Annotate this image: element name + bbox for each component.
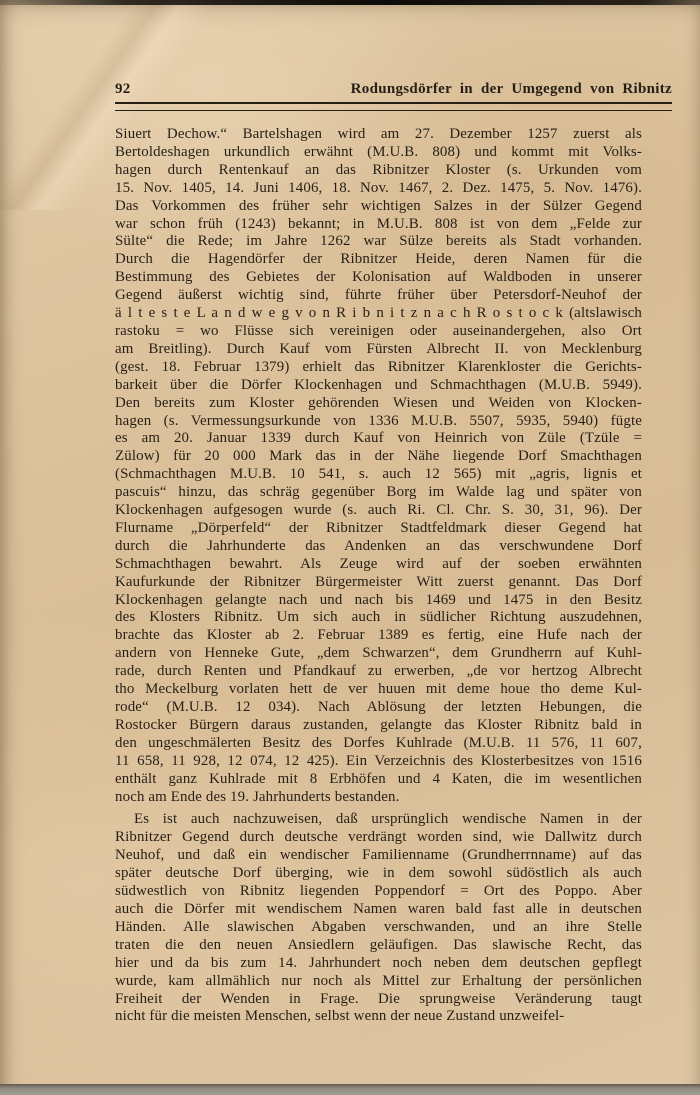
text-line: barkeit über die Dörfer Klockenhagen und… bbox=[115, 377, 642, 395]
text-line: rastoku = wo Flüsse sich vereinigen oder… bbox=[115, 323, 642, 341]
text-line: war schon früh (1243) bekannt; in M.U.B.… bbox=[115, 216, 642, 234]
text-line: südwestlich von Ribnitz liegenden Poppen… bbox=[115, 883, 642, 901]
text-line: Das Vorkommen des früher sehr wichtigen … bbox=[115, 198, 642, 216]
text-line: am Breitling). Durch Kauf vom Fürsten Al… bbox=[115, 341, 642, 359]
text-line: ä l t e s t e L a n d w e g v o n R i b … bbox=[115, 305, 642, 323]
text-line: es am 20. Januar 1339 durch Kauf von Hei… bbox=[115, 430, 642, 448]
text-line: Schmachthagen bewahrt. Als Zeuge wird au… bbox=[115, 556, 642, 574]
text-line: hagen (s. Vermessungsurkunde von 1336 M.… bbox=[115, 413, 642, 431]
text-line: brachte das Kloster ab 2. Februar 1389 e… bbox=[115, 627, 642, 645]
page-body: Siuert Dechow.“ Bartelshagen wird am 27.… bbox=[115, 126, 642, 1026]
text-line: rade, durch Renten und Pfandkauf zu erwe… bbox=[115, 663, 642, 681]
page-number: 92 bbox=[115, 81, 130, 98]
text-line: Zülow) für 20 000 Mark das in der Nähe l… bbox=[115, 448, 642, 466]
text-line: Klockenhagen gelangte nach und nach bis … bbox=[115, 592, 642, 610]
text-line: Gegend äußerst wichtig sind, führte früh… bbox=[115, 287, 642, 305]
text-line: Es ist auch nachzuweisen, daß ursprüngli… bbox=[115, 811, 642, 829]
text-line: den ungeschmälerten Besitz des Dorfes Ku… bbox=[115, 735, 642, 753]
header-rule bbox=[115, 102, 672, 111]
text-line: traten die den neuen Ansiedlern geläufig… bbox=[115, 937, 642, 955]
scan-bottom-edge bbox=[0, 1084, 700, 1095]
text-line: Freiheit der Wenden in Frage. Die sprung… bbox=[115, 991, 642, 1009]
text-line: pascuis“ hinzu, das schräg gegenüber Bor… bbox=[115, 484, 642, 502]
scanned-page: 92 Rodungsdörfer in der Umgegend von Rib… bbox=[0, 0, 700, 1095]
text-line: andern von Henneke Gute, „dem Schwarzen“… bbox=[115, 645, 642, 663]
text-line: Neuhof, und daß ein wendischer Familienn… bbox=[115, 847, 642, 865]
text-line: Flurname „Dörperfeld“ der Ribnitzer Stad… bbox=[115, 520, 642, 538]
text-line: Bertoldeshagen urkundlich erwähnt (M.U.B… bbox=[115, 144, 642, 162]
text-line: Klockenhagen aufgesogen wurde (s. auch R… bbox=[115, 502, 642, 520]
text-line: nicht für die meisten Menschen, selbst w… bbox=[115, 1008, 642, 1026]
text-line: Den bereits zum Kloster gehörenden Wiese… bbox=[115, 395, 642, 413]
text-line: auch die Dörfer mit wendischem Namen war… bbox=[115, 901, 642, 919]
text-line: hagen durch Rentenkauf an das Ribnitzer … bbox=[115, 162, 642, 180]
text-line: durch die Jahrhunderte das Andenken an d… bbox=[115, 538, 642, 556]
text-line: noch am Ende des 19. Jahrhunderts bestan… bbox=[115, 789, 642, 807]
text-line: hier und da bis zum 14. Jahrhundert noch… bbox=[115, 955, 642, 973]
text-line: 11 658, 11 928, 12 074, 12 425). Ein Ver… bbox=[115, 753, 642, 771]
text-line: Siuert Dechow.“ Bartelshagen wird am 27.… bbox=[115, 126, 642, 144]
text-line: Bestimmung des Gebietes der Kolonisation… bbox=[115, 269, 642, 287]
text-line: 15. Nov. 1405, 14. Juni 1406, 18. Nov. 1… bbox=[115, 180, 642, 198]
text-line: später deutsche Dorf überging, wie in de… bbox=[115, 865, 642, 883]
text-line: Durch die Hagendörfer der Ribnitzer Heid… bbox=[115, 251, 642, 269]
text-line: tho Meckelburg vorlaten hett de ver huue… bbox=[115, 681, 642, 699]
text-line: enthält ganz Kuhlrade mit 8 Erbhöfen und… bbox=[115, 771, 642, 789]
text-line: Sülte“ die Rede; im Jahre 1262 war Sülze… bbox=[115, 233, 642, 251]
text-line: des Klosters Ribnitz. Um sich auch in sü… bbox=[115, 609, 642, 627]
text-line: Händen. Alle slawischen Abgaben verschwa… bbox=[115, 919, 642, 937]
text-line: Kaufurkunde der Ribnitzer Bürgermeister … bbox=[115, 574, 642, 592]
text-line: wurde, kam allmählich nur noch als Mitte… bbox=[115, 973, 642, 991]
running-header: 92 Rodungsdörfer in der Umgegend von Rib… bbox=[115, 81, 672, 98]
running-title: Rodungsdörfer in der Umgegend von Ribnit… bbox=[351, 81, 672, 98]
text-line: (gest. 18. Februar 1379) erhielt das Rib… bbox=[115, 359, 642, 377]
paragraph-1: Siuert Dechow.“ Bartelshagen wird am 27.… bbox=[115, 126, 642, 806]
text-line: rode“ (M.U.B. 12 034). Nach Ablösung der… bbox=[115, 699, 642, 717]
text-line: (Schmachthagen M.U.B. 10 541, s. auch 12… bbox=[115, 466, 642, 484]
paragraph-2: Es ist auch nachzuweisen, daß ursprüngli… bbox=[115, 811, 642, 1026]
scan-top-edge bbox=[0, 0, 700, 5]
text-line: Rostocker Bürgern daraus zustanden, gela… bbox=[115, 717, 642, 735]
text-line: Ribnitzer Gegend durch deutsche verdräng… bbox=[115, 829, 642, 847]
